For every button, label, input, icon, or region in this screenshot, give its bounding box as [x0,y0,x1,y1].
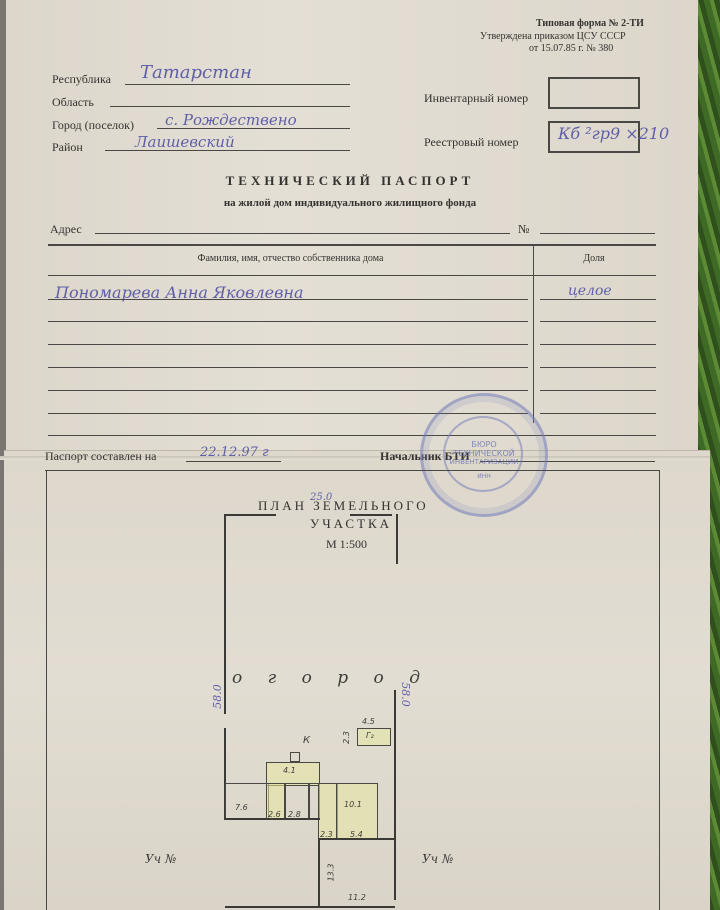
inventory-label: Инвентарный номер [424,91,528,106]
plan-frame-right [659,470,660,910]
document-title: ТЕХНИЧЕСКИЙ ПАСПОРТ [0,173,700,189]
district-label: Район [52,140,83,155]
plan-top-dimension: 25.0 [310,492,332,503]
district-value[interactable]: Лаишевский [135,133,235,151]
plan-title-line-1: ПЛАН ЗЕМЕЛЬНОГО [258,498,429,514]
address-number-label: № [518,222,529,237]
neighbor-plot-right: Уч № [422,852,453,866]
inventory-number-box[interactable] [548,77,640,109]
compiled-date[interactable]: 22.12.97 г [200,445,269,460]
plan-scale: М 1:500 [326,537,367,552]
plot-right-boundary [396,514,398,564]
outbuilding [357,728,391,746]
passport-top-sheet [6,0,698,460]
left-dimension: 58.0 [211,684,224,709]
table-header-rule [48,275,656,276]
plot-left-boundary [224,514,226,714]
table-column-divider [533,245,534,423]
city-label: Город (поселок) [52,118,134,133]
form-title: Типовая форма № 2-ТИ [536,18,644,29]
address-label: Адрес [50,222,82,237]
table-top-rule [48,244,656,246]
republic-value[interactable]: Татарстан [140,62,252,83]
plan-title-line-2: УЧАСТКА [310,516,392,532]
region-label: Область [52,95,94,110]
bti-stamp: БЮРО ТЕХНИЧЕСКОЙ ИНВЕНТАРИЗАЦИИ ИНН [420,393,548,517]
share-column-header: Доля [534,253,654,264]
approved-line-1: Утверждена приказом ЦСУ СССР [480,31,626,42]
inventory-value [550,83,556,98]
city-value[interactable]: с. Рождествено [165,111,297,129]
plan-frame-top [45,470,660,471]
registry-value: Кб ²гр9 ×210 [558,124,669,143]
owner-share[interactable]: целое [568,283,612,299]
registry-label: Реестровый номер [424,135,518,150]
plan-frame-left [46,470,47,910]
owner-column-header: Фамилия, имя, отчество собственника дома [48,253,533,264]
garden-label: о г о р о д [232,668,430,688]
approved-line-2: от 15.07.85 г. № 380 [529,43,613,54]
neighbor-plot-left: Уч № [145,852,176,866]
document-subtitle: на жилой дом индивидуального жилищного ф… [0,197,700,209]
compiled-label: Паспорт составлен на [45,449,157,464]
republic-label: Республика [52,72,111,87]
